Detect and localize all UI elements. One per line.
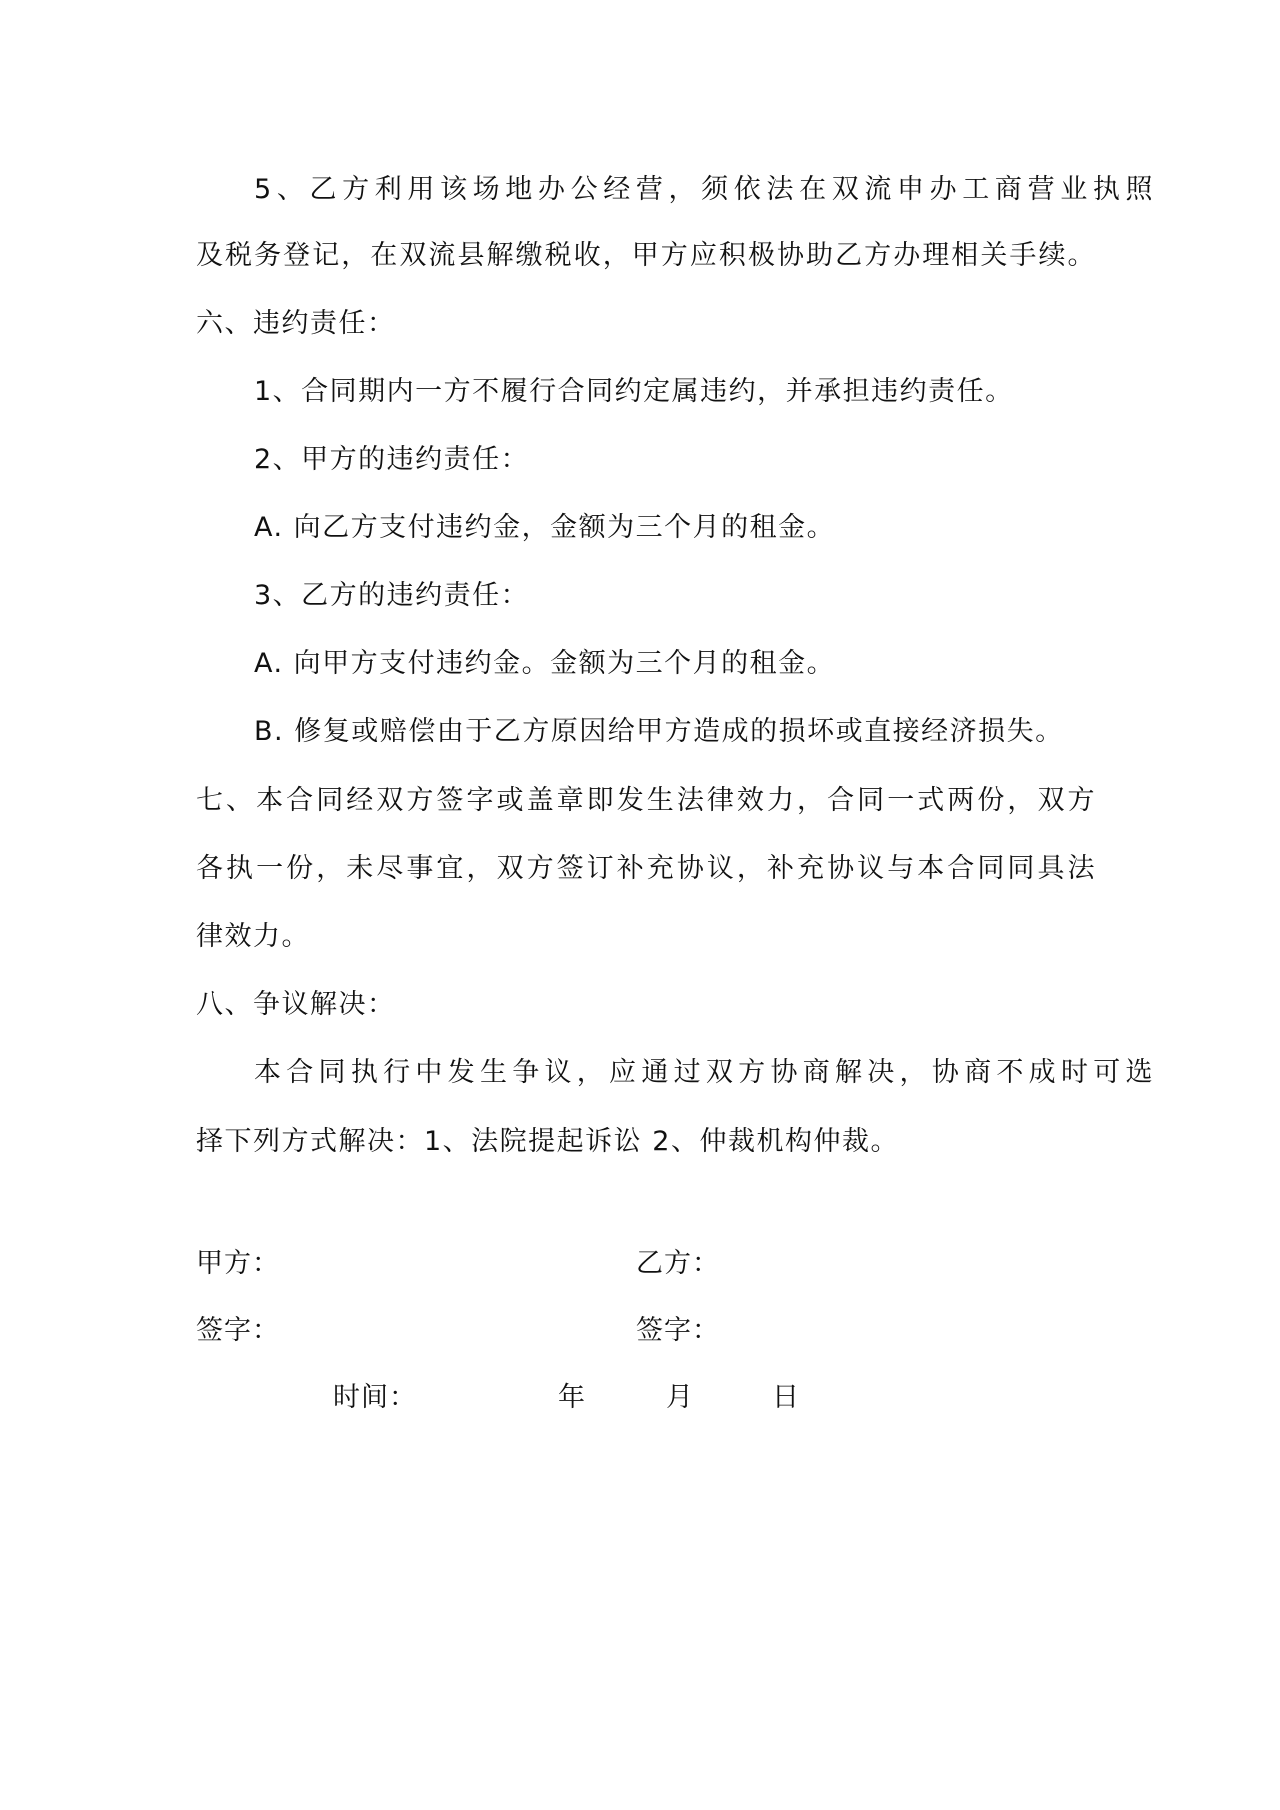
clause-5-line-2: 及税务登记，在双流县解缴税收，甲方应积极协助乙方办理相关手续。 [196, 236, 1096, 276]
section-6-item-2: 2、甲方的违约责任： [254, 440, 1154, 480]
party-a-label: 甲方： [196, 1244, 280, 1284]
section-6-item-1: 1、合同期内一方不履行合同约定属违约，并承担违约责任。 [254, 372, 1154, 412]
party-a-signature-label: 签字： [196, 1311, 280, 1351]
section-6-item-3: 3、乙方的违约责任： [254, 576, 1154, 616]
section-8-line-2: 择下列方式解决：1、法院提起诉讼 2、仲裁机构仲裁。 [196, 1122, 1096, 1162]
date-label: 时间： [333, 1378, 417, 1418]
clause-5-line-1: 5、乙方利用该场地办公经营，须依法在双流申办工商营业执照 [254, 170, 1154, 210]
section-6-item-3b: B. 修复或赔偿由于乙方原因给甲方造成的损坏或直接经济损失。 [254, 712, 1154, 752]
section-8-line-1: 本合同执行中发生争议，应通过双方协商解决，协商不成时可选 [254, 1053, 1154, 1093]
document-page: 5、乙方利用该场地办公经营，须依法在双流申办工商营业执照 及税务登记，在双流县解… [0, 0, 1280, 1810]
month-label: 月 [666, 1378, 694, 1418]
party-b-label: 乙方： [636, 1244, 720, 1284]
section-7-line-3: 律效力。 [196, 917, 1096, 957]
year-label: 年 [558, 1378, 586, 1418]
section-7-line-2: 各执一份，未尽事宜，双方签订补充协议，补充协议与本合同同具法 [196, 849, 1096, 889]
section-6-item-3a: A. 向甲方支付违约金。金额为三个月的租金。 [254, 644, 1154, 684]
section-8-heading: 八、争议解决： [196, 985, 1096, 1025]
day-label: 日 [772, 1378, 800, 1418]
party-b-signature-label: 签字： [636, 1311, 720, 1351]
section-7-line-1: 七、本合同经双方签字或盖章即发生法律效力，合同一式两份，双方 [196, 781, 1096, 821]
section-6-heading: 六、违约责任： [196, 304, 1096, 344]
section-6-item-2a: A. 向乙方支付违约金，金额为三个月的租金。 [254, 508, 1154, 548]
